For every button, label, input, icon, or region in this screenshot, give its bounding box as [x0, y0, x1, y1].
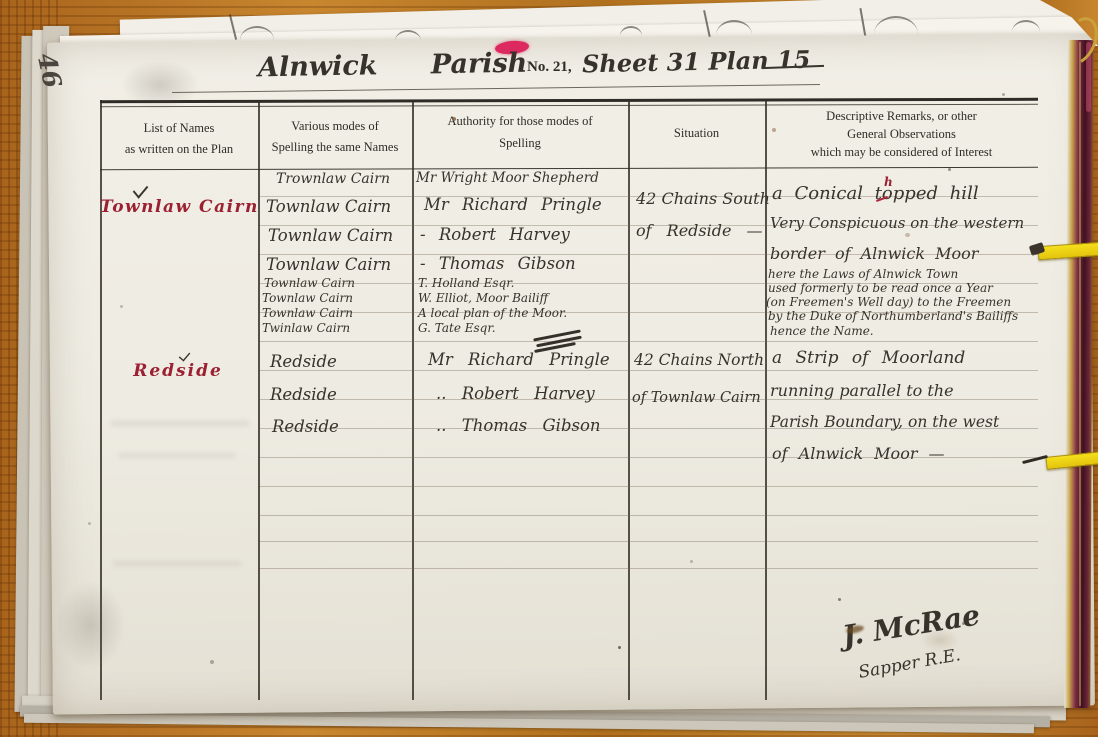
bleed-through-trace — [118, 452, 236, 459]
bleed-through-trace — [110, 420, 250, 427]
authority-entry: G. Tate Esqr. — [418, 322, 496, 334]
plan-name: Townlaw Cairn — [100, 199, 256, 216]
header-col3-line2: Spelling — [412, 137, 628, 150]
header-col5-line3: which may be considered of Interest — [765, 146, 1038, 159]
remark-line: (on Freemen's Well day) to the Freemen — [766, 296, 1011, 308]
remark-red-insertion: h — [884, 176, 893, 188]
column-divider-3 — [628, 100, 630, 700]
authority-entry: Mr Wright Moor Shepherd — [416, 172, 599, 186]
spelling-variant: Townlaw Cairn — [264, 277, 355, 289]
speckle — [452, 117, 456, 121]
spelling-variant: Twinlaw Cairn — [262, 322, 350, 334]
margin-page-number: 46 — [34, 51, 66, 90]
speckle — [88, 522, 91, 525]
remark-line: border of Alnwick Moor — [770, 246, 978, 262]
header-col1-line1: List of Names — [100, 122, 258, 135]
gutter-highlight-line — [1079, 42, 1081, 706]
speckle — [1002, 93, 1005, 96]
speckle — [210, 660, 214, 664]
guide-rule — [260, 515, 1038, 516]
bleed-through-trace — [112, 560, 242, 567]
situation-line: 42 Chains North — [634, 353, 764, 369]
remark-line: used formerly to be read once a Year — [768, 282, 993, 294]
speckle — [962, 622, 965, 625]
speckle — [948, 168, 951, 171]
spelling-variant: Trownlaw Cairn — [276, 172, 390, 186]
speckle — [618, 646, 621, 649]
column-divider-1 — [258, 100, 260, 700]
remark-line: a Strip of Moorland — [772, 350, 965, 367]
guide-rule — [260, 341, 1038, 342]
column-divider-2 — [412, 100, 414, 700]
situation-line: 42 Chains South — [636, 191, 770, 207]
remark-line: hence the Name. — [770, 325, 874, 337]
remark-line: here the Laws of Alnwick Town — [768, 268, 958, 280]
spelling-variant: Townlaw Cairn — [266, 199, 391, 216]
spelling-variant: Redside — [270, 387, 337, 404]
remark-line: Parish Boundary, on the west — [770, 415, 999, 431]
parish-title: Alnwick Parish — [258, 50, 528, 82]
authority-entry: .. Thomas Gibson — [436, 418, 601, 435]
speckle — [690, 560, 693, 563]
sheet-plan-number: Sheet 31 Plan 15 — [582, 48, 811, 77]
remark-line: by the Duke of Northumberland's Bailiffs — [768, 310, 1018, 322]
guide-rule — [260, 568, 1038, 569]
authority-entry: Mr Richard Pringle — [424, 197, 602, 214]
header-col1-line2: as written on the Plan — [100, 143, 258, 156]
authority-entry: T. Holland Esqr. — [418, 277, 514, 289]
authority-entry: .. Robert Harvey — [436, 386, 595, 403]
speckle — [772, 128, 776, 132]
spelling-variant: Townlaw Cairn — [262, 307, 353, 319]
smudge-stain — [920, 628, 960, 652]
header-col4-line1: Situation — [628, 127, 765, 140]
authority-entry: - Thomas Gibson — [420, 256, 576, 273]
situation-line: of Townlaw Cairn — [632, 391, 761, 406]
guide-rule — [260, 486, 1038, 487]
authority-entry: A local plan of the Moor. — [418, 307, 567, 319]
speckle — [120, 305, 123, 308]
header-col2-line1: Various modes of — [258, 120, 412, 133]
plan-name: Redside — [100, 363, 256, 380]
header-col2-line2: Spelling the same Names — [258, 141, 412, 154]
authority-entry: - Robert Harvey — [420, 227, 570, 244]
book-number: No. 21, — [527, 60, 572, 75]
scanned-name-book-page: 46 Alnwick Parish No. 21, Sheet 31 Plan … — [0, 0, 1098, 737]
header-col5-line2: General Observations — [765, 128, 1038, 141]
situation-line: of Redside — — [636, 223, 763, 239]
speckle — [905, 233, 910, 237]
header-col3-line1: Authority for those modes of — [412, 115, 628, 128]
speckle — [838, 598, 841, 601]
smudge-stain — [56, 580, 126, 670]
spelling-variant: Redside — [272, 419, 339, 436]
guide-rule — [260, 370, 1038, 371]
header-col5-line1: Descriptive Remarks, or other — [765, 110, 1038, 123]
spelling-variant: Redside — [270, 354, 337, 371]
spelling-variant: Townlaw Cairn — [262, 292, 353, 304]
smudge-stain — [120, 60, 200, 110]
remark-line: Very Conspicuous on the western — [770, 216, 1024, 231]
authority-entry: W. Elliot, Moor Bailiff — [418, 292, 548, 304]
remark-line: running parallel to the — [770, 383, 954, 399]
authority-entry: Mr Richard Pringle — [428, 352, 610, 369]
remark-line: of Alnwick Moor — — [772, 446, 945, 462]
spelling-variant: Townlaw Cairn — [266, 257, 391, 274]
guide-rule — [260, 541, 1038, 542]
spelling-variant: Townlaw Cairn — [268, 228, 393, 245]
